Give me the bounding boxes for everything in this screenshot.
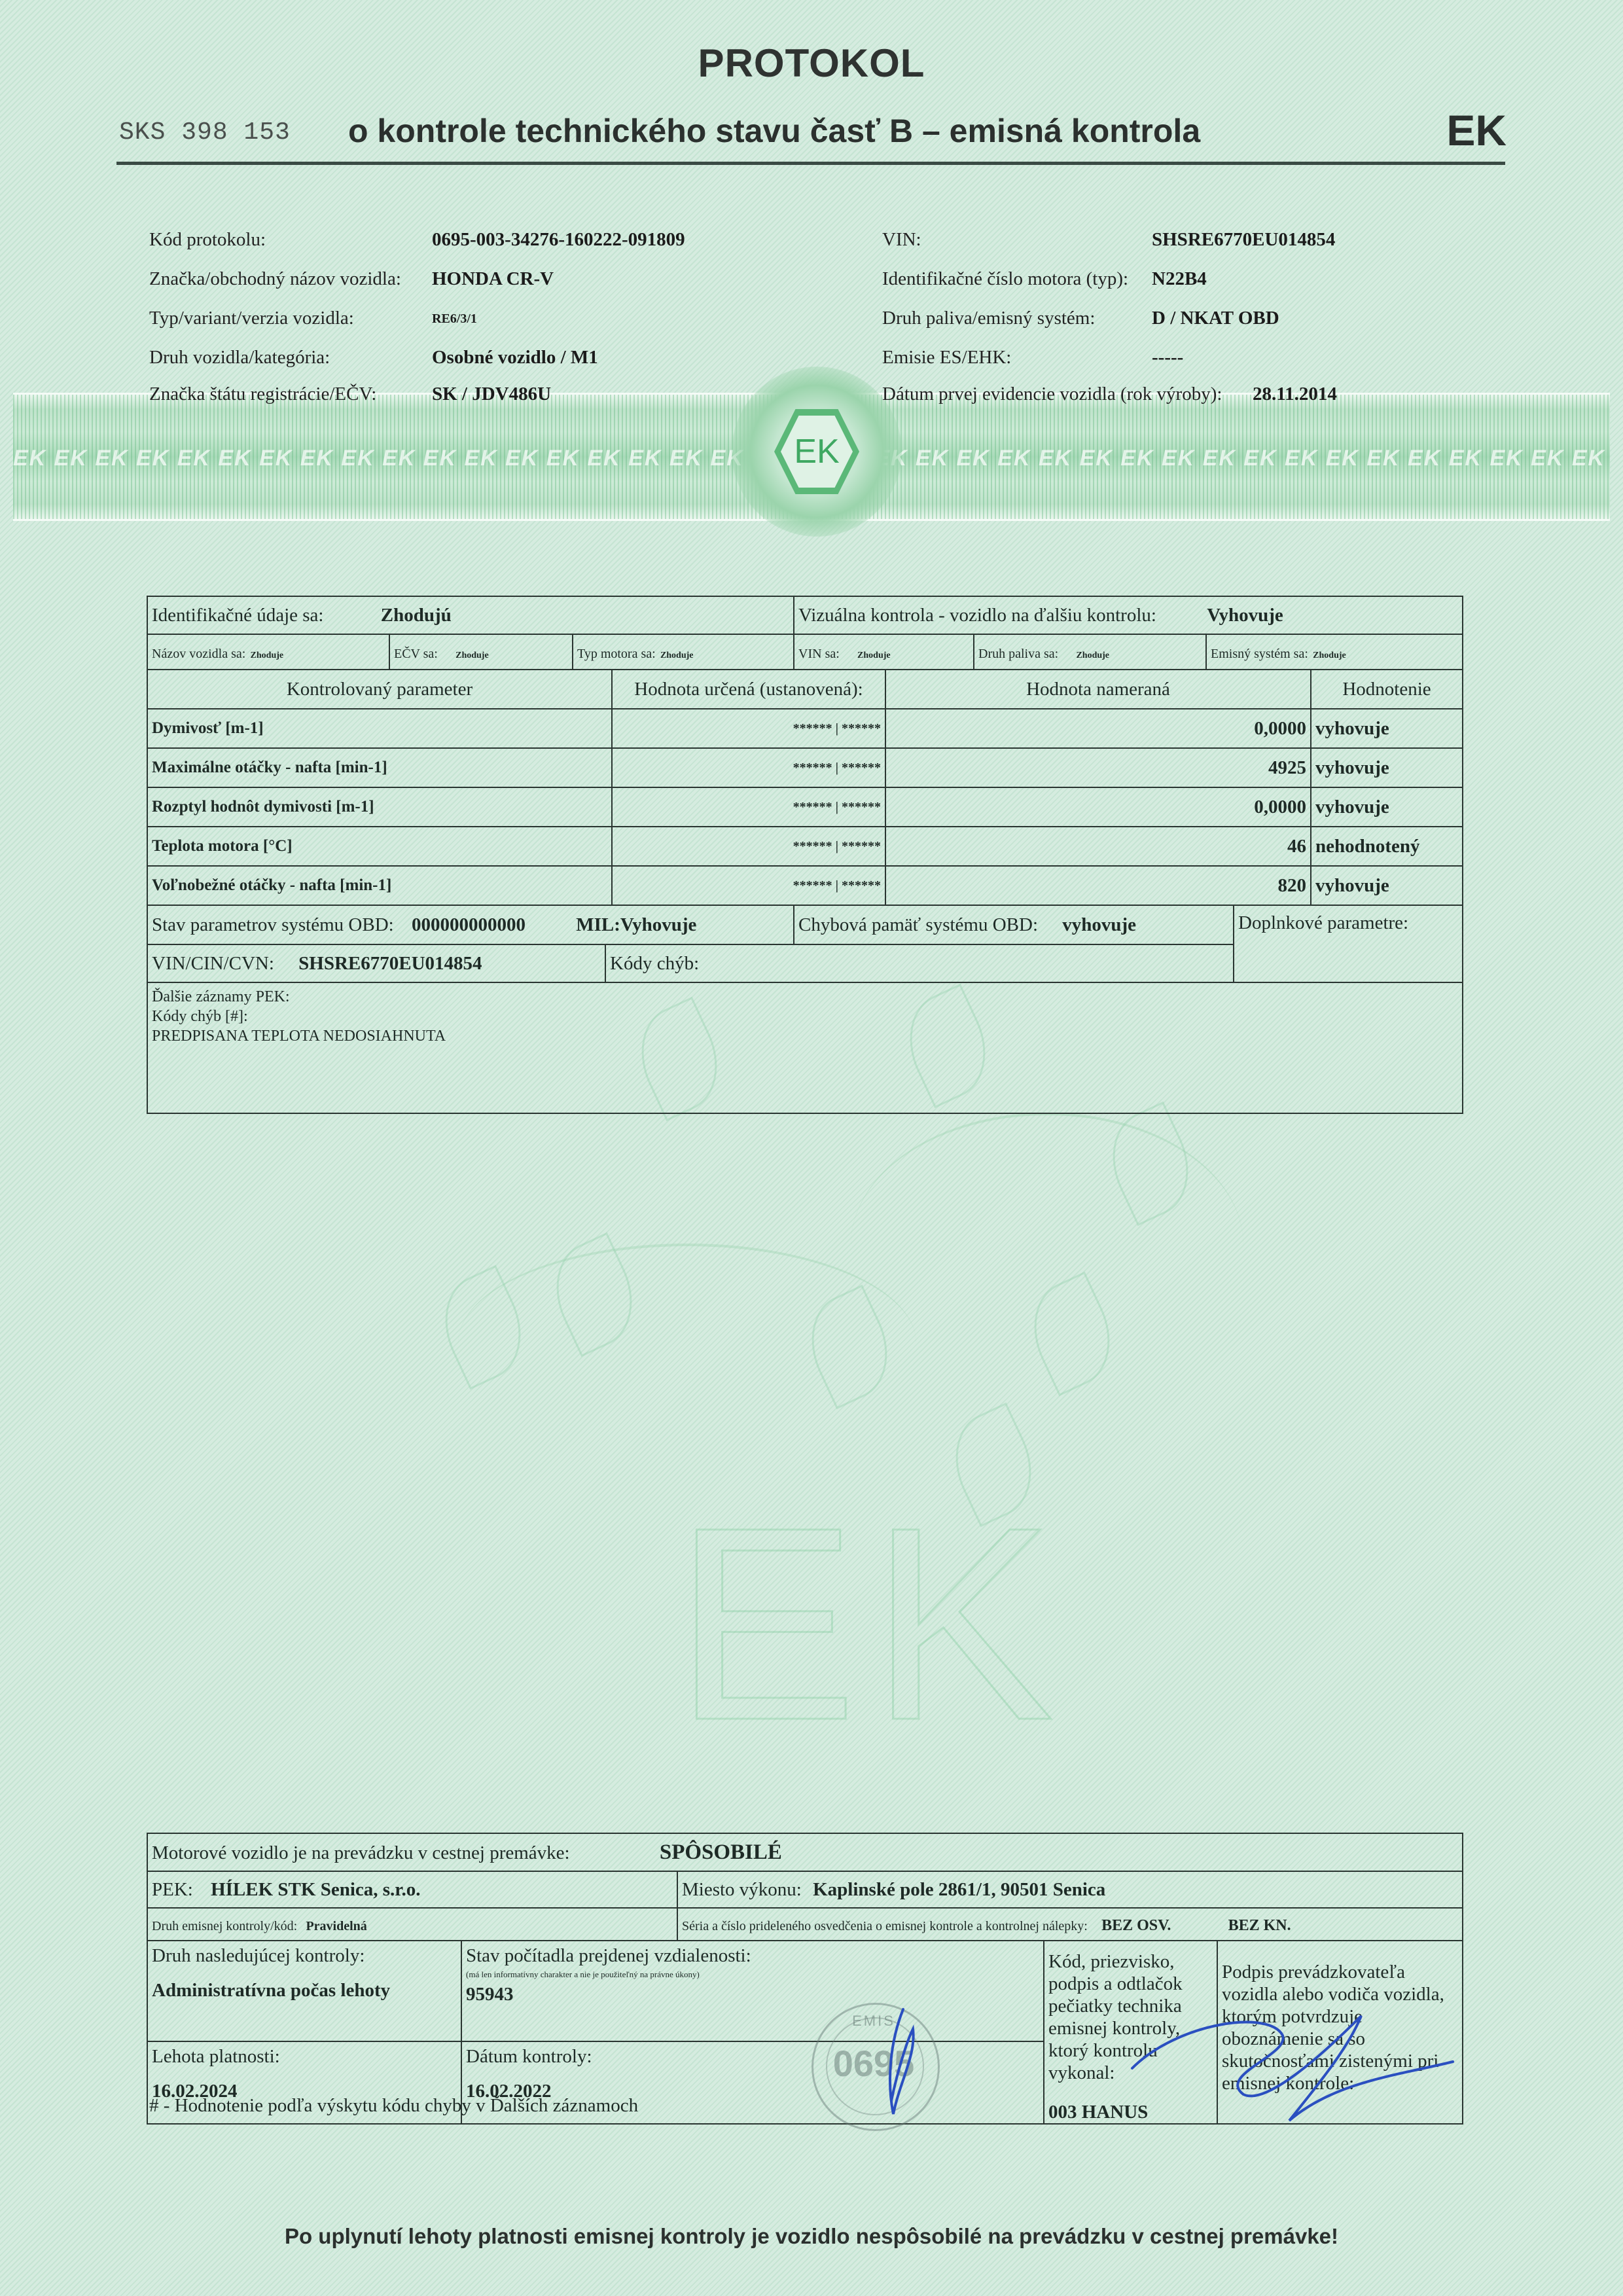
ek-emblem-label: EK [774, 432, 859, 471]
check-vin: VIN sa: Zhoduje [794, 634, 974, 670]
table-row: Maximálne otáčky - nafta [min-1] ****** … [147, 748, 1463, 787]
document-subtitle: o kontrole technického stavu časť B – em… [348, 112, 1200, 150]
validity-warning: Po uplynutí lehoty platnosti emisnej kon… [0, 2224, 1623, 2249]
odometer-cell: Stav počítadla prejdenej vzdialenosti: (… [461, 1941, 1044, 2041]
check-registration: EČV sa: Zhoduje [389, 634, 573, 670]
place-cell: Miesto výkonu: Kaplinské pole 2861/1, 90… [677, 1871, 1463, 1908]
check-emission-system: Emisný systém sa: Zhoduje [1206, 634, 1463, 670]
table-row: Teplota motora [°C] ****** | ****** 46 n… [147, 827, 1463, 866]
operator-signature-icon [1126, 1996, 1466, 2127]
visual-check-cell: Vizuálna kontrola - vozidlo na ďalšiu ko… [794, 596, 1463, 634]
identification-match-cell: Identifikačné údaje sa: Zhodujú [147, 596, 794, 634]
extra-parameters-cell: Doplnkové parametre: [1234, 905, 1463, 982]
inspection-type-cell: Druh emisnej kontroly/kód: Pravidelná [147, 1908, 677, 1941]
form-code: SKS 398 153 [119, 118, 291, 147]
fitness-status: SPÔSOBILÉ [660, 1840, 782, 1864]
measurements-table: Kontrolovaný parameter Hodnota určená (u… [147, 669, 1463, 906]
ek-mark: EK [1446, 105, 1507, 155]
header-divider [116, 162, 1505, 165]
pek-cell: PEK: HÍLEK STK Senica, s.r.o. [147, 1871, 677, 1908]
odometer-value: 95943 [466, 1984, 1039, 2005]
additional-records-cell: Ďalšie záznamy PEK: Kódy chýb [#]: PREDP… [147, 982, 1463, 1113]
error-codes-cell: Kódy chýb: [605, 944, 1234, 982]
technician-signature-icon [877, 2003, 929, 2121]
table-row: Voľnobežné otáčky - nafta [min-1] ******… [147, 866, 1463, 905]
obd-memory-cell: Chybová pamäť systému OBD: vyhovuje [794, 905, 1234, 944]
obd-table: Stav parametrov systému OBD: 00000000000… [147, 905, 1463, 1114]
check-engine-type: Typ motora sa: Zhoduje [573, 634, 794, 670]
certificate-serial-cell: Séria a číslo prideleného osvedčenia o e… [677, 1908, 1463, 1941]
obd-vin-cell: VIN/CIN/CVN: SHSRE6770EU014854 [147, 944, 605, 982]
next-inspection-cell: Druh nasledujúcej kontroly: Administratí… [147, 1941, 461, 2041]
identification-table: Identifikačné údaje sa: Zhodujú Vizuálna… [147, 596, 1463, 670]
table-row: Dymivosť [m-1] ****** | ****** 0,0000 vy… [147, 709, 1463, 748]
subtitle-row: SKS 398 153 o kontrole technického stavu… [119, 108, 1507, 154]
watermark-ek-letters: EK [674, 1466, 1067, 1782]
check-fuel-type: Druh paliva sa: Zhoduje [974, 634, 1206, 670]
table-row: Rozptyl hodnôt dymivosti [m-1] ****** | … [147, 787, 1463, 827]
fitness-cell: Motorové vozidlo je na prevádzku v cestn… [147, 1833, 1463, 1871]
fault-code-text: PREDPISANA TEPLOTA NEDOSIAHNUTA [152, 1026, 1458, 1046]
measurements-header-row: Kontrolovaný parameter Hodnota určená (u… [147, 670, 1463, 709]
obd-status-cell: Stav parametrov systému OBD: 00000000000… [147, 905, 794, 944]
check-vehicle-name: Názov vozidla sa: Zhoduje [147, 634, 389, 670]
footnote: # - Hodnotenie podľa výskytu kódu chyby … [149, 2095, 638, 2117]
document-title: PROTOKOL [0, 41, 1623, 86]
